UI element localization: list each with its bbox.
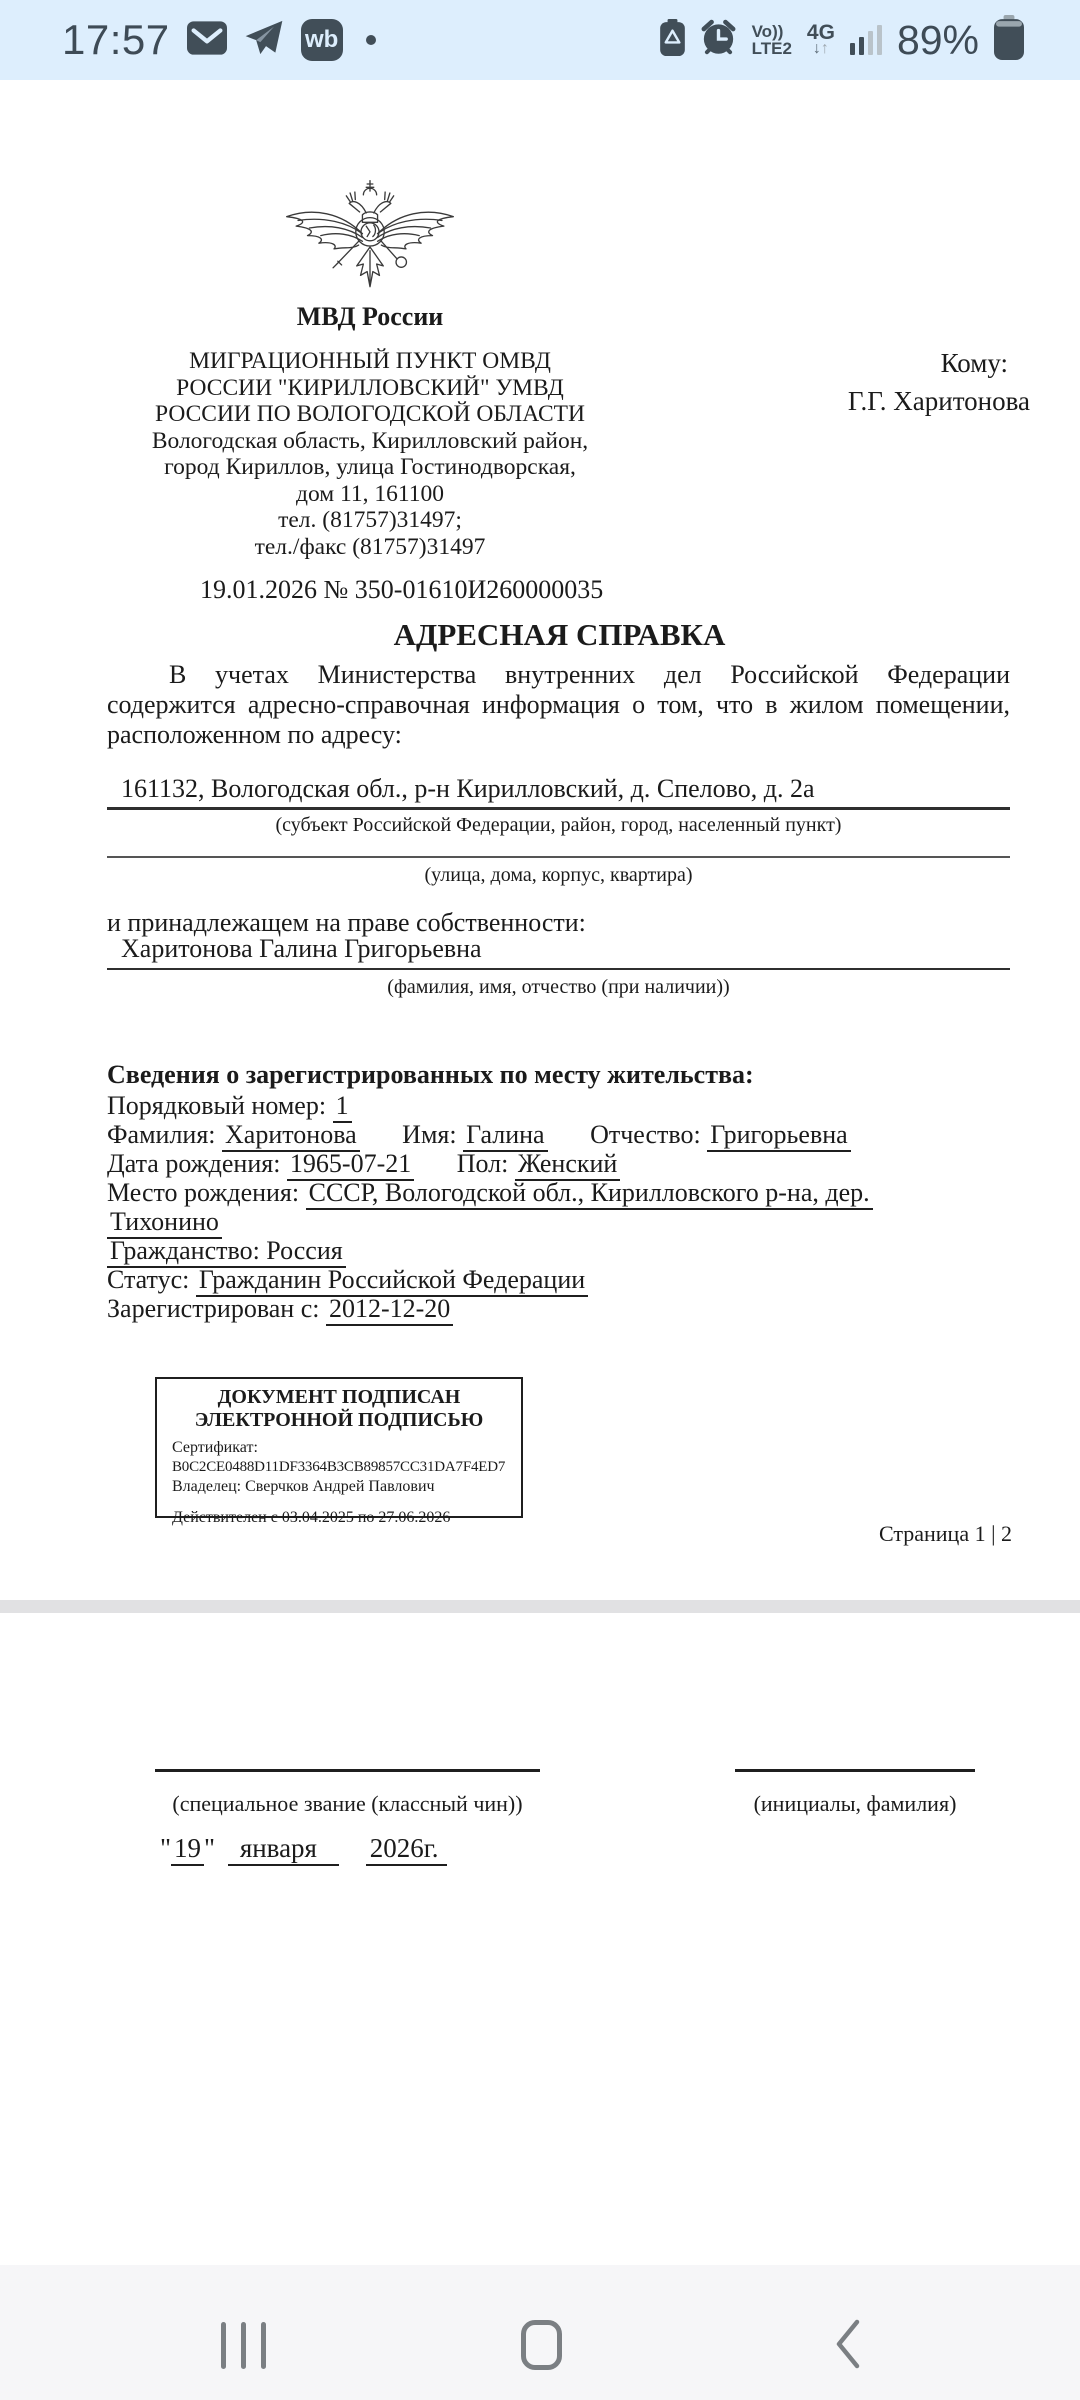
date-quote: ": [160, 1833, 171, 1863]
volte-line1: Vo)): [752, 23, 792, 40]
battery-percent-label: 89%: [897, 17, 979, 64]
signature-name-caption: (инициалы, фамилия): [705, 1791, 1005, 1817]
order-number-line: Порядковый номер: 1: [107, 1091, 1012, 1120]
org-address-line: город Кириллов, улица Гостинодворская,: [130, 454, 610, 481]
org-name-line: РОССИИ ПО ВОЛОГОДСКОЙ ОБЛАСТИ: [130, 401, 610, 428]
data-down-arrow-icon: ↓: [813, 40, 821, 57]
battery-icon: [994, 15, 1024, 65]
volte-indicator: Vo)) LTE2: [752, 23, 792, 57]
owner-field-caption: (фамилия, имя, отчество (при наличии)): [107, 976, 1010, 999]
firstname-label: Имя:: [402, 1120, 456, 1149]
page-indicator: Страница 1 | 2: [107, 1521, 1012, 1547]
more-notifications-dot-icon: [366, 35, 376, 45]
recents-button[interactable]: [221, 2322, 266, 2369]
intro-line: содержится адресно-справочная информация…: [107, 690, 1010, 720]
digital-signature-stamp: ДОКУМЕНТ ПОДПИСАН ЭЛЕКТРОННОЙ ПОДПИСЬЮ С…: [155, 1377, 523, 1518]
firstname-value: Галина: [463, 1120, 548, 1152]
registered-heading: Сведения о зарегистрированных по месту ж…: [107, 1060, 754, 1090]
recipient-block: Кому: Г.Г. Харитонова: [700, 344, 1030, 420]
birthplace-line-2: Тихонино: [107, 1207, 1012, 1236]
status-time: 17:57: [62, 16, 170, 64]
address-field: 161132, Вологодская обл., р-н Кирилловск…: [107, 774, 1010, 810]
network-4g-indicator: 4G ↓↑: [807, 24, 835, 56]
fio-line: Фамилия: Харитонова Имя: Галина Отчество…: [107, 1120, 1012, 1149]
registered-since-label: Зарегистрирован с:: [107, 1294, 319, 1323]
alarm-clock-icon: [700, 19, 737, 61]
recipient-name: Г.Г. Харитонова: [700, 382, 1030, 420]
doc-number-line: 19.01.2026 № 350-01610И260000035: [200, 575, 603, 605]
org-address-line: Вологодская область, Кирилловский район,: [130, 428, 610, 455]
order-label: Порядковый номер:: [107, 1091, 326, 1120]
org-address-block: МИГРАЦИОННЫЙ ПУНКТ ОМВД РОССИИ "КИРИЛЛОВ…: [130, 348, 610, 560]
surname-value: Харитонова: [222, 1120, 360, 1152]
birthplace-label: Место рождения:: [107, 1178, 299, 1207]
street-field-empty: [107, 826, 1010, 858]
back-button[interactable]: [834, 2318, 862, 2375]
signature-rank-caption: (специальное звание (классный чин)): [130, 1791, 565, 1817]
signature-name-line: [735, 1750, 975, 1772]
birthdate-sex-line: Дата рождения: 1965-07-21 Пол: Женский: [107, 1149, 1012, 1178]
home-button[interactable]: [521, 2320, 562, 2370]
org-phone-line: тел. (81757)31497;: [130, 507, 610, 534]
date-month-value: января: [228, 1833, 339, 1866]
sex-label: Пол:: [457, 1149, 509, 1178]
patronymic-label: Отчество:: [590, 1120, 701, 1149]
date-quote: ": [204, 1833, 215, 1863]
volte-line2: LTE2: [752, 40, 792, 57]
stamp-title-line: ДОКУМЕНТ ПОДПИСАН: [157, 1386, 521, 1409]
citizenship-line: Гражданство: Россия: [107, 1236, 1012, 1265]
status-label: Статус:: [107, 1265, 189, 1294]
birthplace-line: Место рождения: СССР, Вологодской обл., …: [107, 1178, 1012, 1207]
stamp-cert-label: Сертификат:: [157, 1438, 521, 1458]
birthplace-value: СССР, Вологодской обл., Кирилловского р-…: [306, 1178, 873, 1210]
phone-screen: 17:57 wb Vo)) LTE2 4G ↓↑: [0, 0, 1080, 2400]
date-day-value: 19: [171, 1833, 204, 1866]
status-value: Гражданин Российской Федерации: [196, 1265, 588, 1297]
navigation-bar: [0, 2265, 1080, 2400]
document-page-2[interactable]: (специальное звание (классный чин)) (ини…: [0, 1613, 1080, 2265]
registered-details: Порядковый номер: 1 Фамилия: Харитонова …: [107, 1091, 1012, 1323]
intro-line: В учетах Министерства внутренних дел Рос…: [107, 660, 1010, 690]
data-up-arrow-icon: ↑: [821, 40, 829, 57]
email-notification-icon: [187, 21, 227, 60]
status-bar: 17:57 wb Vo)) LTE2 4G ↓↑: [0, 0, 1080, 80]
org-name-line: МИГРАЦИОННЫЙ ПУНКТ ОМВД: [130, 348, 610, 375]
org-address-line: дом 11, 161100: [130, 481, 610, 508]
birthdate-label: Дата рождения:: [107, 1149, 280, 1178]
wb-notification-icon: wb: [301, 19, 343, 61]
recipient-label: Кому:: [700, 344, 1030, 382]
citizenship-value: Гражданство: Россия: [107, 1236, 346, 1268]
status-line: Статус: Гражданин Российской Федерации: [107, 1265, 1012, 1294]
intro-paragraph: В учетах Министерства внутренних дел Рос…: [107, 660, 1010, 750]
stamp-cert-value: B0C2CE0488D11DF3364B3CB89857CC31DA7F4ED7: [157, 1458, 521, 1477]
patronymic-value: Григорьевна: [707, 1120, 850, 1152]
org-phone-line: тел./факс (81757)31497: [130, 534, 610, 561]
emblem-caption: МВД России: [275, 302, 465, 332]
surname-label: Фамилия:: [107, 1120, 216, 1149]
street-field-caption: (улица, дома, корпус, квартира): [107, 864, 1010, 887]
order-value: 1: [333, 1091, 352, 1123]
stamp-title-line: ЭЛЕКТРОННОЙ ПОДПИСЬЮ: [157, 1409, 521, 1432]
birthdate-value: 1965-07-21: [287, 1149, 414, 1181]
birthplace-value-2: Тихонино: [107, 1207, 222, 1239]
telegram-notification-icon: [244, 19, 284, 61]
registered-since-line: Зарегистрирован с: 2012-12-20: [107, 1294, 1012, 1323]
battery-saver-icon: [660, 19, 685, 61]
signature-rank-line: [155, 1750, 540, 1772]
sex-value: Женский: [515, 1149, 620, 1181]
owner-name-value: Харитонова Галина Григорьевна: [121, 934, 482, 963]
owner-field: Харитонова Галина Григорьевна: [107, 934, 1010, 970]
registered-since-value: 2012-12-20: [326, 1294, 453, 1326]
org-name-line: РОССИИ "КИРИЛЛОВСКИЙ" УМВД: [130, 375, 610, 402]
date-year-value: 2026г.: [366, 1833, 447, 1866]
signal-strength-icon: [850, 25, 882, 55]
document-page-1[interactable]: МВД России МИГРАЦИОННЫЙ ПУНКТ ОМВД РОССИ…: [0, 80, 1080, 1600]
page-divider: [0, 1600, 1080, 1613]
intro-line: расположенном по адресу:: [107, 720, 1010, 750]
stamp-owner-line: Владелец: Сверчков Андрей Павлович: [157, 1477, 521, 1497]
document-title: АДРЕСНАЯ СПРАВКА: [107, 617, 1012, 653]
mvd-emblem-icon: [275, 175, 465, 300]
document-date-line: "19" января 2026г.: [160, 1833, 447, 1864]
address-value: 161132, Вологодская обл., р-н Кирилловск…: [121, 774, 815, 803]
